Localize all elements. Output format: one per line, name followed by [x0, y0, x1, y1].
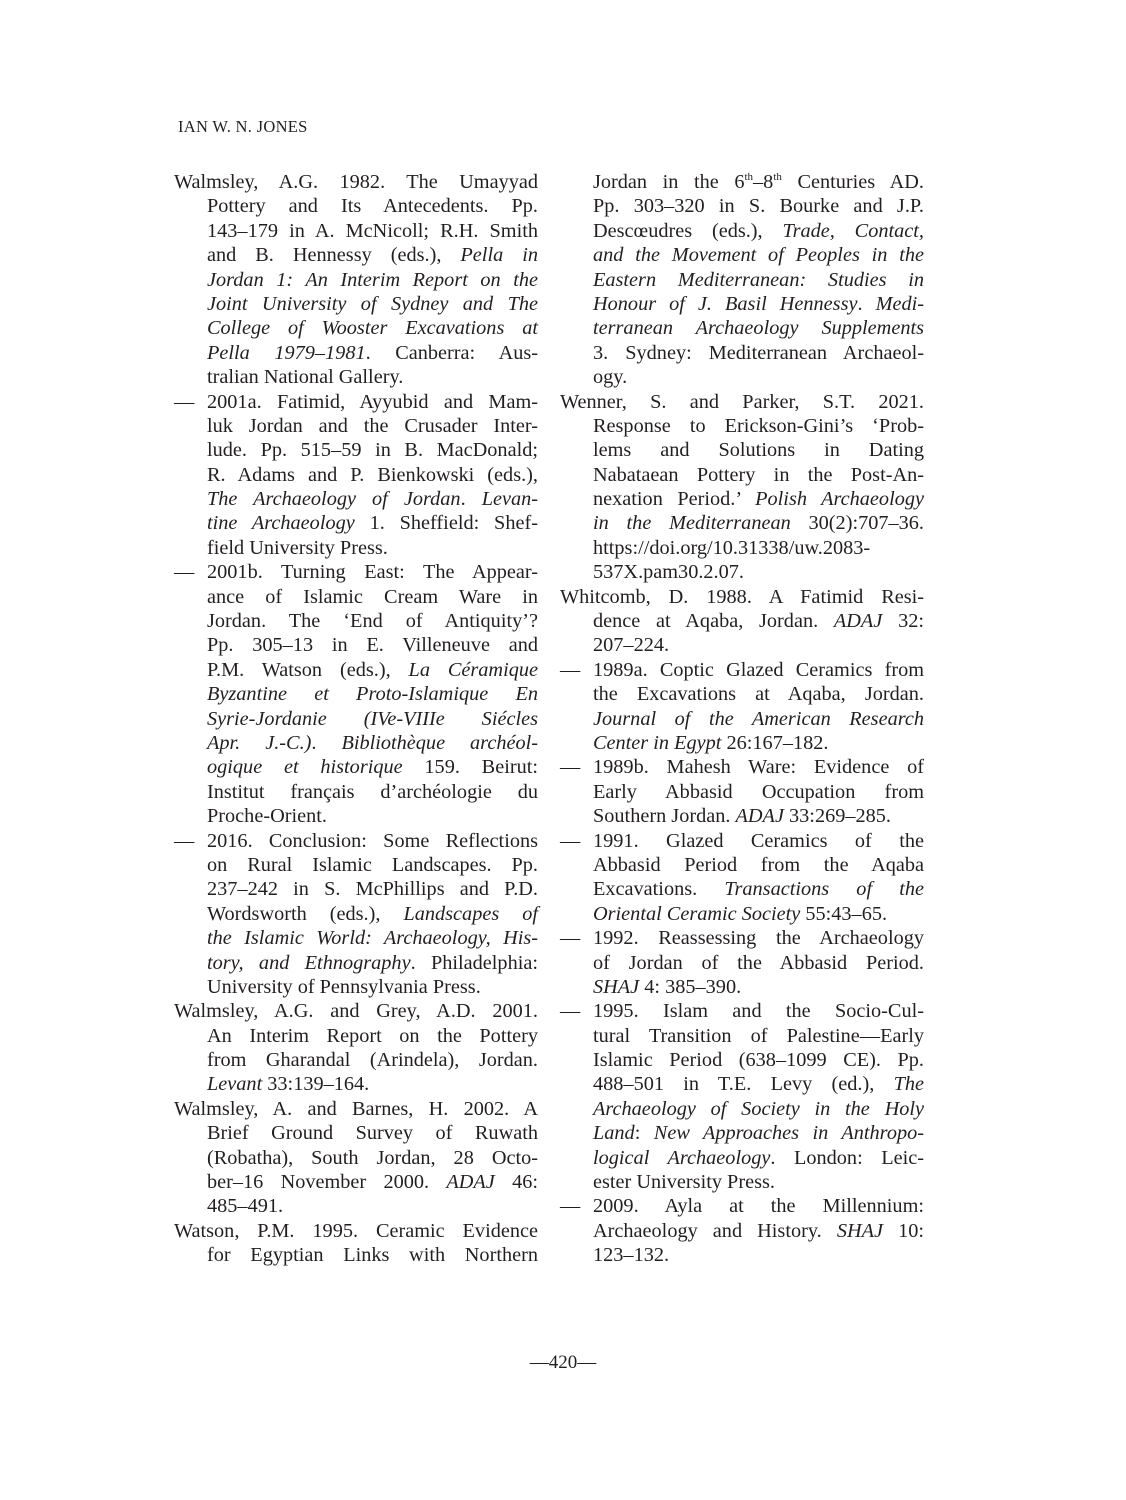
- italic-title-text: La Céramique: [409, 659, 538, 681]
- references-column-right: Jordan in the 6th–8th Centuries AD.Pp. 3…: [560, 170, 924, 1268]
- reference-line: Pp. 305–13 in E. Villeneuve and: [174, 633, 538, 657]
- reference-line: and B. Hennessy (eds.), Pella in: [174, 243, 538, 267]
- reference-line: Joint University of Sydney and The: [174, 292, 538, 316]
- reference-text: 207–224.: [593, 634, 669, 656]
- italic-title-text: Center in Egypt: [593, 732, 721, 754]
- reference-line: —1992. Reassessing the Archaeology: [560, 926, 924, 950]
- reference-text: University of Pennsylvania Press.: [207, 976, 481, 998]
- reference-text: of Jordan of the Abbasid Period.: [593, 952, 924, 974]
- reference-line: 123–132.: [560, 1243, 924, 1267]
- ditto-dash: —: [560, 1194, 593, 1218]
- reference-line: Response to Erickson-Gini’s ‘Prob-: [560, 414, 924, 438]
- reference-entry: —1989a. Coptic Glazed Ceramics fromthe E…: [560, 658, 924, 756]
- reference-text: from Gharandal (Arindela), Jordan.: [207, 1049, 538, 1071]
- reference-text: Early Abbasid Occupation from: [593, 781, 924, 803]
- reference-text: Walmsley, A. and Barnes, H. 2002. A: [174, 1098, 538, 1120]
- reference-text: nexation Period.’: [593, 488, 755, 510]
- italic-title-text: the Islamic World: Archaeology, His-: [207, 927, 538, 949]
- reference-line: tine Archaeology 1. Sheffield: Shef-: [174, 511, 538, 535]
- reference-line: SHAJ 4: 385–390.: [560, 975, 924, 999]
- reference-text: 1989a. Coptic Glazed Ceramics from: [593, 659, 924, 681]
- reference-line: Wordsworth (eds.), Landscapes of: [174, 902, 538, 926]
- reference-line: 207–224.: [560, 633, 924, 657]
- italic-title-text: Transactions of the: [724, 878, 924, 900]
- reference-line: Pella 1979–1981. Canberra: Aus-: [174, 341, 538, 365]
- reference-line: Jordan 1: An Interim Report on the: [174, 268, 538, 292]
- reference-text: Whitcomb, D. 1988. A Fatimid Resi-: [560, 586, 924, 608]
- reference-line: logical Archaeology. London: Leic-: [560, 1146, 924, 1170]
- reference-text: 143–179 in A. McNicoll; R.H. Smith: [207, 220, 538, 242]
- reference-line: Brief Ground Survey of Ruwath: [174, 1121, 538, 1145]
- reference-line: ogy.: [560, 365, 924, 389]
- italic-title-text: New Approaches in Anthropo-: [654, 1122, 924, 1144]
- italic-title-text: ADAJ: [736, 805, 784, 827]
- reference-text: 1995. Islam and the Socio-Cul-: [593, 1000, 924, 1022]
- reference-text: Watson, P.M. 1995. Ceramic Evidence: [174, 1220, 538, 1242]
- reference-text: on Rural Islamic Landscapes. Pp.: [207, 854, 538, 876]
- reference-line: 3. Sydney: Mediterranean Archaeol-: [560, 341, 924, 365]
- reference-line: tralian National Gallery.: [174, 365, 538, 389]
- reference-entry: Jordan in the 6th–8th Centuries AD.Pp. 3…: [560, 170, 924, 390]
- references-column-left: Walmsley, A.G. 1982. The UmayyadPottery …: [174, 170, 538, 1268]
- reference-line: —2001b. Turning East: The Appear-: [174, 560, 538, 584]
- reference-entry: Walmsley, A. and Barnes, H. 2002. ABrief…: [174, 1097, 538, 1219]
- reference-text: 1. Sheffield: Shef-: [355, 512, 538, 534]
- reference-text: ester University Press.: [593, 1171, 775, 1193]
- reference-line: Pottery and Its Antecedents. Pp.: [174, 194, 538, 218]
- reference-entry: —1991. Glazed Ceramics of theAbbasid Per…: [560, 829, 924, 927]
- reference-line: ogique et historique 159. Beirut:: [174, 755, 538, 779]
- italic-title-text: Byzantine et Proto-Islamique En: [207, 683, 538, 705]
- italic-title-text: Jordan 1: An Interim Report on the: [207, 269, 538, 291]
- reference-line: Jordan in the 6th–8th Centuries AD.: [560, 170, 924, 194]
- italic-title-text: Medi-: [876, 293, 924, 315]
- reference-line: 237–242 in S. McPhillips and P.D.: [174, 877, 538, 901]
- reference-text: dence at Aqaba, Jordan.: [593, 610, 834, 632]
- reference-line: Excavations. Transactions of the: [560, 877, 924, 901]
- reference-text: 10:: [883, 1220, 924, 1242]
- reference-text: and B. Hennessy (eds.),: [207, 244, 460, 266]
- reference-entry: Walmsley, A.G. 1982. The UmayyadPottery …: [174, 170, 538, 390]
- ditto-dash: —: [560, 658, 593, 682]
- reference-text: Pottery and Its Antecedents. Pp.: [207, 195, 538, 217]
- reference-line: in the Mediterranean 30(2):707–36.: [560, 511, 924, 535]
- ditto-dash: —: [174, 829, 207, 853]
- reference-line: field University Press.: [174, 536, 538, 560]
- italic-title-text: Levant: [207, 1073, 262, 1095]
- reference-line: tory, and Ethnography. Philadelphia:: [174, 951, 538, 975]
- reference-text: Centuries AD.: [782, 171, 924, 193]
- reference-entry: Whitcomb, D. 1988. A Fatimid Resi-dence …: [560, 585, 924, 658]
- reference-text: Proche-Orient.: [207, 805, 327, 827]
- reference-entry: —1995. Islam and the Socio-Cul-tural Tra…: [560, 999, 924, 1194]
- reference-text: 537X.pam30.2.07.: [593, 561, 744, 583]
- reference-text: 485–491.: [207, 1195, 283, 1217]
- ditto-dash: —: [174, 560, 207, 584]
- reference-line: Pp. 303–320 in S. Bourke and J.P.: [560, 194, 924, 218]
- italic-title-text: Polish Archaeology: [755, 488, 924, 510]
- italic-title-text: Pella in: [460, 244, 538, 266]
- reference-line: The Archaeology of Jordan. Levan-: [174, 487, 538, 511]
- ditto-dash: —: [560, 755, 593, 779]
- reference-line: An Interim Report on the Pottery: [174, 1024, 538, 1048]
- reference-text: P.M. Watson (eds.),: [207, 659, 409, 681]
- reference-text: –8: [753, 171, 773, 193]
- italic-title-text: Levan-: [482, 488, 538, 510]
- italic-title-text: Pella 1979–1981: [207, 342, 366, 364]
- reference-line: Institut français d’archéologie du: [174, 780, 538, 804]
- reference-text: Islamic Period (638–1099 CE). Pp.: [593, 1049, 924, 1071]
- reference-text: Pp. 303–320 in S. Bourke and J.P.: [593, 195, 924, 217]
- reference-line: R. Adams and P. Bienkowski (eds.),: [174, 463, 538, 487]
- reference-line: —1989b. Mahesh Ware: Evidence of: [560, 755, 924, 779]
- reference-entry: Watson, P.M. 1995. Ceramic Evidencefor E…: [174, 1219, 538, 1268]
- reference-text: ber–16 November 2000.: [207, 1171, 446, 1193]
- reference-line: College of Wooster Excavations at: [174, 316, 538, 340]
- running-head-author: IAN W. N. JONES: [178, 117, 308, 137]
- reference-line: ance of Islamic Cream Ware in: [174, 585, 538, 609]
- reference-line: —2001a. Fatimid, Ayyubid and Mam-: [174, 390, 538, 414]
- italic-title-text: Bibliothèque archéol-: [341, 732, 538, 754]
- reference-line: ester University Press.: [560, 1170, 924, 1194]
- reference-text: Nabataean Pottery in the Post-An-: [593, 464, 924, 486]
- reference-text: 159. Beirut:: [403, 756, 538, 778]
- italic-title-text: SHAJ: [593, 976, 639, 998]
- italic-title-text: tine Archaeology: [207, 512, 355, 534]
- reference-text: Southern Jordan.: [593, 805, 736, 827]
- reference-line: Apr. J.-C.). Bibliothèque archéol-: [174, 731, 538, 755]
- reference-text: Response to Erickson-Gini’s ‘Prob-: [593, 415, 924, 437]
- reference-text: Abbasid Period from the Aqaba: [593, 854, 924, 876]
- ditto-dash: —: [560, 926, 593, 950]
- reference-line: —2016. Conclusion: Some Reflections: [174, 829, 538, 853]
- reference-line: Syrie-Jordanie (IVe-VIIIe Siécles: [174, 707, 538, 731]
- reference-text: ogy.: [593, 366, 627, 388]
- italic-title-text: The Archaeology of Jordan: [207, 488, 461, 510]
- reference-text: 55:43–65.: [800, 903, 887, 925]
- reference-text: tralian National Gallery.: [207, 366, 403, 388]
- reference-line: and the Movement of Peoples in the: [560, 243, 924, 267]
- reference-text: lude. Pp. 515–59 in B. MacDonald;: [207, 439, 538, 461]
- reference-line: Islamic Period (638–1099 CE). Pp.: [560, 1048, 924, 1072]
- reference-text: 26:167–182.: [721, 732, 828, 754]
- reference-line: https://doi.org/10.31338/uw.2083-: [560, 536, 924, 560]
- reference-line: lems and Solutions in Dating: [560, 438, 924, 462]
- reference-text: Excavations.: [593, 878, 724, 900]
- reference-line: Journal of the American Research: [560, 707, 924, 731]
- reference-line: from Gharandal (Arindela), Jordan.: [174, 1048, 538, 1072]
- reference-entry: Walmsley, A.G. and Grey, A.D. 2001.An In…: [174, 999, 538, 1097]
- reference-text: th: [744, 171, 753, 183]
- reference-line: Whitcomb, D. 1988. A Fatimid Resi-: [560, 585, 924, 609]
- reference-line: tural Transition of Palestine—Early: [560, 1024, 924, 1048]
- reference-line: Nabataean Pottery in the Post-An-: [560, 463, 924, 487]
- reference-line: —1989a. Coptic Glazed Ceramics from: [560, 658, 924, 682]
- reference-text: :: [635, 1122, 654, 1144]
- reference-line: Land: New Approaches in Anthropo-: [560, 1121, 924, 1145]
- reference-text: 2001a. Fatimid, Ayyubid and Mam-: [207, 391, 538, 413]
- reference-text: 237–242 in S. McPhillips and P.D.: [207, 878, 538, 900]
- reference-text: Wordsworth (eds.),: [207, 903, 403, 925]
- reference-text: An Interim Report on the Pottery: [207, 1025, 538, 1047]
- italic-title-text: Apr. J.-C.): [207, 732, 311, 754]
- italic-title-text: SHAJ: [837, 1220, 883, 1242]
- reference-text: 33:269–285.: [784, 805, 891, 827]
- reference-entry: —1989b. Mahesh Ware: Evidence ofEarly Ab…: [560, 755, 924, 828]
- reference-text: 3. Sydney: Mediterranean Archaeol-: [593, 342, 924, 364]
- reference-line: the Islamic World: Archaeology, His-: [174, 926, 538, 950]
- reference-text: the Excavations at Aqaba, Jordan.: [593, 683, 924, 705]
- reference-line: Wenner, S. and Parker, S.T. 2021.: [560, 390, 924, 414]
- italic-title-text: ogique et historique: [207, 756, 403, 778]
- reference-line: Early Abbasid Occupation from: [560, 780, 924, 804]
- reference-line: P.M. Watson (eds.), La Céramique: [174, 658, 538, 682]
- reference-text: .: [461, 488, 482, 510]
- italic-title-text: logical Archaeology: [593, 1147, 770, 1169]
- reference-text: field University Press.: [207, 537, 388, 559]
- reference-line: 488–501 in T.E. Levy (ed.), The: [560, 1072, 924, 1096]
- reference-entry: —1992. Reassessing the Archaeologyof Jor…: [560, 926, 924, 999]
- reference-text: Archaeology and History.: [593, 1220, 837, 1242]
- reference-line: —1991. Glazed Ceramics of the: [560, 829, 924, 853]
- reference-line: 143–179 in A. McNicoll; R.H. Smith: [174, 219, 538, 243]
- reference-text: luk Jordan and the Crusader Inter-: [207, 415, 538, 437]
- italic-title-text: Joint University of Sydney and The: [207, 293, 538, 315]
- reference-line: Walmsley, A.G. 1982. The Umayyad: [174, 170, 538, 194]
- reference-line: Watson, P.M. 1995. Ceramic Evidence: [174, 1219, 538, 1243]
- reference-line: Walmsley, A.G. and Grey, A.D. 2001.: [174, 999, 538, 1023]
- reference-line: ber–16 November 2000. ADAJ 46:: [174, 1170, 538, 1194]
- reference-text: .: [857, 293, 875, 315]
- reference-text: Jordan. The ‘End of Antiquity’?: [207, 610, 538, 632]
- reference-line: Levant 33:139–164.: [174, 1072, 538, 1096]
- reference-line: (Robatha), South Jordan, 28 Octo-: [174, 1146, 538, 1170]
- reference-line: Byzantine et Proto-Islamique En: [174, 682, 538, 706]
- reference-line: Eastern Mediterranean: Studies in: [560, 268, 924, 292]
- italic-title-text: Journal of the American Research: [593, 708, 924, 730]
- reference-line: dence at Aqaba, Jordan. ADAJ 32:: [560, 609, 924, 633]
- reference-line: 485–491.: [174, 1194, 538, 1218]
- ditto-dash: —: [174, 390, 207, 414]
- reference-line: the Excavations at Aqaba, Jordan.: [560, 682, 924, 706]
- reference-text: 33:139–164.: [262, 1073, 369, 1095]
- italic-title-text: Honour of J. Basil Hennessy: [593, 293, 857, 315]
- reference-text: Wenner, S. and Parker, S.T. 2021.: [560, 391, 924, 413]
- ditto-dash: —: [560, 829, 593, 853]
- reference-line: Archaeology of Society in the Holy: [560, 1097, 924, 1121]
- italic-title-text: Oriental Ceramic Society: [593, 903, 800, 925]
- reference-text: ance of Islamic Cream Ware in: [207, 586, 538, 608]
- reference-text: .: [311, 732, 341, 754]
- reference-text: 2001b. Turning East: The Appear-: [207, 561, 538, 583]
- reference-text: R. Adams and P. Bienkowski (eds.),: [207, 464, 538, 486]
- reference-entry: —2016. Conclusion: Some Reflectionson Ru…: [174, 829, 538, 1000]
- reference-entry: —2009. Ayla at the Millennium:Archaeolog…: [560, 1194, 924, 1267]
- italic-title-text: Landscapes of: [403, 903, 538, 925]
- italic-title-text: terranean Archaeology Supplements: [593, 317, 924, 339]
- reference-text: https://doi.org/10.31338/uw.2083-: [593, 537, 870, 559]
- reference-text: 123–132.: [593, 1244, 669, 1266]
- reference-text: Walmsley, A.G. and Grey, A.D. 2001.: [174, 1000, 538, 1022]
- reference-text: 2016. Conclusion: Some Reflections: [207, 830, 538, 852]
- reference-text: 2009. Ayla at the Millennium:: [593, 1195, 924, 1217]
- reference-line: Proche-Orient.: [174, 804, 538, 828]
- italic-title-text: Eastern Mediterranean: Studies in: [593, 269, 924, 291]
- reference-entry: —2001a. Fatimid, Ayyubid and Mam-luk Jor…: [174, 390, 538, 561]
- reference-text: 30(2):707–36.: [791, 512, 924, 534]
- reference-line: Descœudres (eds.), Trade, Contact,: [560, 219, 924, 243]
- reference-line: Abbasid Period from the Aqaba: [560, 853, 924, 877]
- reference-entry: Wenner, S. and Parker, S.T. 2021.Respons…: [560, 390, 924, 585]
- reference-text: lems and Solutions in Dating: [593, 439, 924, 461]
- reference-line: luk Jordan and the Crusader Inter-: [174, 414, 538, 438]
- reference-line: Honour of J. Basil Hennessy. Medi-: [560, 292, 924, 316]
- reference-text: 4: 385–390.: [639, 976, 741, 998]
- reference-text: 1991. Glazed Ceramics of the: [593, 830, 924, 852]
- italic-title-text: Syrie-Jordanie (IVe-VIIIe Siécles: [207, 708, 538, 730]
- reference-line: University of Pennsylvania Press.: [174, 975, 538, 999]
- reference-text: Descœudres (eds.),: [593, 220, 782, 242]
- reference-line: on Rural Islamic Landscapes. Pp.: [174, 853, 538, 877]
- reference-text: for Egyptian Links with Northern: [207, 1244, 538, 1266]
- italic-title-text: College of Wooster Excavations at: [207, 317, 538, 339]
- reference-line: lude. Pp. 515–59 in B. MacDonald;: [174, 438, 538, 462]
- reference-text: 1992. Reassessing the Archaeology: [593, 927, 924, 949]
- reference-text: Institut français d’archéologie du: [207, 781, 538, 803]
- italic-title-text: and the Movement of Peoples in the: [593, 244, 924, 266]
- reference-text: . Philadelphia:: [411, 952, 538, 974]
- italic-title-text: Land: [593, 1122, 635, 1144]
- reference-line: Jordan. The ‘End of Antiquity’?: [174, 609, 538, 633]
- reference-text: Brief Ground Survey of Ruwath: [207, 1122, 538, 1144]
- reference-text: 488–501 in T.E. Levy (ed.),: [593, 1073, 894, 1095]
- italic-title-text: The: [894, 1073, 924, 1095]
- reference-line: —1995. Islam and the Socio-Cul-: [560, 999, 924, 1023]
- reference-line: Archaeology and History. SHAJ 10:: [560, 1219, 924, 1243]
- reference-text: Walmsley, A.G. 1982. The Umayyad: [174, 171, 538, 193]
- italic-title-text: ADAJ: [446, 1171, 494, 1193]
- reference-text: . Canberra: Aus-: [366, 342, 538, 364]
- reference-entry: —2001b. Turning East: The Appear-ance of…: [174, 560, 538, 828]
- reference-line: Southern Jordan. ADAJ 33:269–285.: [560, 804, 924, 828]
- reference-line: Oriental Ceramic Society 55:43–65.: [560, 902, 924, 926]
- reference-text: th: [773, 171, 782, 183]
- italic-title-text: tory, and Ethnography: [207, 952, 411, 974]
- reference-line: Center in Egypt 26:167–182.: [560, 731, 924, 755]
- ditto-dash: —: [560, 999, 593, 1023]
- reference-text: 32:: [882, 610, 924, 632]
- italic-title-text: in the Mediterranean: [593, 512, 791, 534]
- reference-line: of Jordan of the Abbasid Period.: [560, 951, 924, 975]
- reference-text: 46:: [495, 1171, 538, 1193]
- reference-text: 1989b. Mahesh Ware: Evidence of: [593, 756, 924, 778]
- reference-line: for Egyptian Links with Northern: [174, 1243, 538, 1267]
- reference-text: Pp. 305–13 in E. Villeneuve and: [207, 634, 538, 656]
- reference-line: 537X.pam30.2.07.: [560, 560, 924, 584]
- page-number: —420—: [0, 1352, 1126, 1374]
- italic-title-text: Trade, Contact,: [782, 220, 924, 242]
- reference-line: nexation Period.’ Polish Archaeology: [560, 487, 924, 511]
- reference-text: tural Transition of Palestine—Early: [593, 1025, 924, 1047]
- reference-line: terranean Archaeology Supplements: [560, 316, 924, 340]
- reference-line: Walmsley, A. and Barnes, H. 2002. A: [174, 1097, 538, 1121]
- reference-text: (Robatha), South Jordan, 28 Octo-: [207, 1147, 538, 1169]
- reference-text: . London: Leic-: [770, 1147, 924, 1169]
- reference-line: —2009. Ayla at the Millennium:: [560, 1194, 924, 1218]
- italic-title-text: ADAJ: [834, 610, 882, 632]
- reference-text: Jordan in the 6: [593, 171, 744, 193]
- italic-title-text: Archaeology of Society in the Holy: [593, 1098, 924, 1120]
